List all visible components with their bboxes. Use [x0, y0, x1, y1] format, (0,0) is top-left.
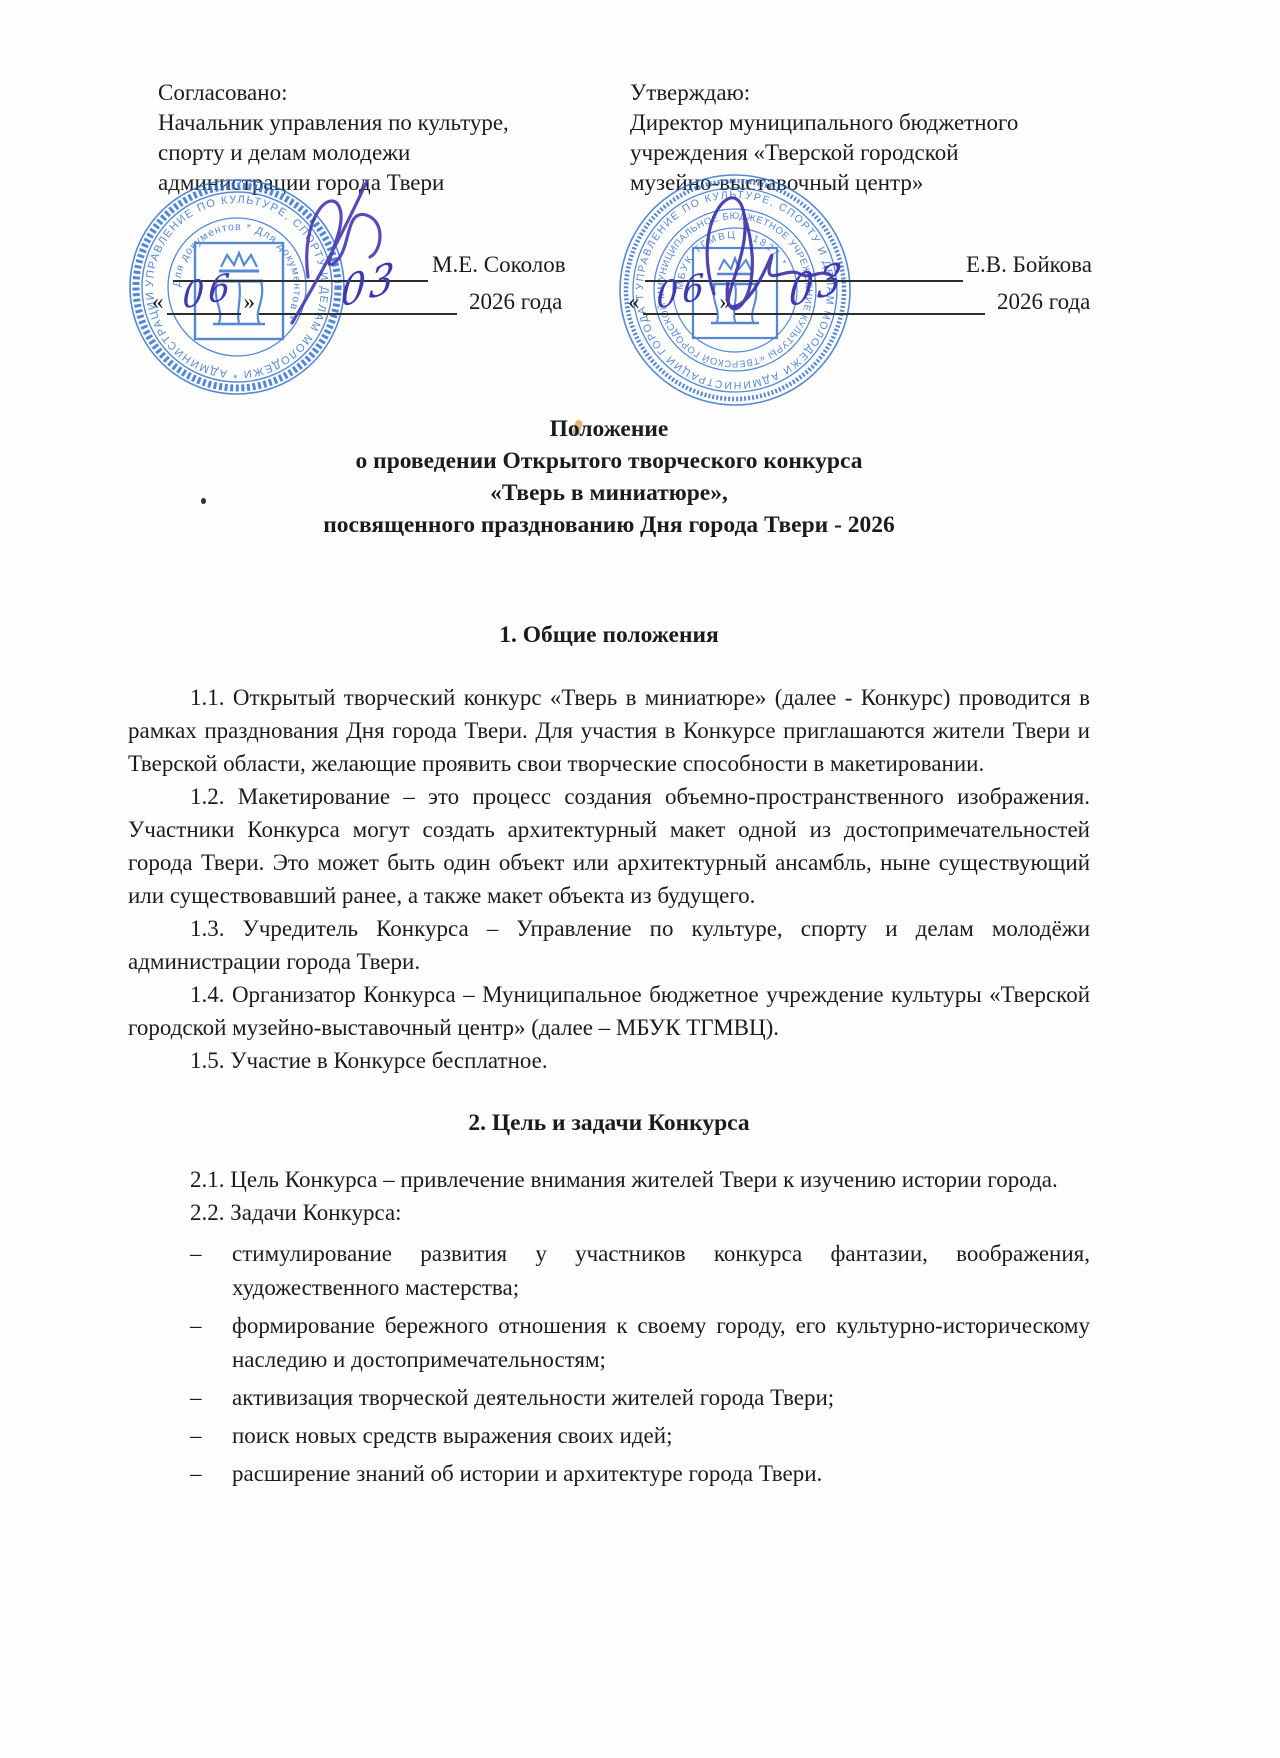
paragraph-2-1: 2.1. Цель Конкурса – привлечение внимани…	[128, 1163, 1090, 1196]
title-line-4: посвященного празднованию Дня города Тве…	[128, 509, 1090, 541]
task-item-text: расширение знаний об истории и архитекту…	[232, 1461, 822, 1486]
dash-marker: –	[190, 1381, 202, 1415]
section-2-heading: 2. Цель и задачи Конкурса	[128, 1107, 1090, 1139]
task-item-2: – формирование бережного отношения к сво…	[128, 1309, 1090, 1377]
task-item-1: – стимулирование развития у участников к…	[128, 1237, 1090, 1305]
paragraph-1-1: 1.1. Открытый творческий конкурс «Тверь …	[128, 681, 1090, 780]
paragraph-1-4: 1.4. Организатор Конкурса – Муниципально…	[128, 978, 1090, 1044]
dash-marker: –	[190, 1457, 202, 1491]
paragraph-1-3: 1.3. Учредитель Конкурса – Управление по…	[128, 912, 1090, 978]
document-body: Положение о проведении Открытого творчес…	[128, 0, 1090, 1495]
task-item-5: – расширение знаний об истории и архитек…	[128, 1457, 1090, 1491]
section-1-heading: 1. Общие положения	[128, 619, 1090, 651]
dash-marker: –	[190, 1237, 202, 1271]
task-item-text: формирование бережного отношения к своем…	[232, 1313, 1090, 1372]
document-title: Положение о проведении Открытого творчес…	[128, 413, 1090, 541]
task-item-3: – активизация творческой деятельности жи…	[128, 1381, 1090, 1415]
tasks-list: – стимулирование развития у участников к…	[128, 1237, 1090, 1491]
paragraph-1-5: 1.5. Участие в Конкурсе бесплатное.	[128, 1044, 1090, 1077]
scanned-document-page: Согласовано: Начальник управления по кул…	[0, 0, 1280, 1758]
title-line-3: «Тверь в миниатюре»,	[128, 477, 1090, 509]
task-item-text: поиск новых средств выражения своих идей…	[232, 1423, 672, 1448]
title-line-1: Положение	[128, 413, 1090, 445]
paragraph-2-2: 2.2. Задачи Конкурса:	[128, 1196, 1090, 1229]
task-item-text: стимулирование развития у участников кон…	[232, 1241, 1090, 1300]
dash-marker: –	[190, 1309, 202, 1343]
task-item-text: активизация творческой деятельности жите…	[232, 1385, 834, 1410]
title-line-2: о проведении Открытого творческого конку…	[128, 445, 1090, 477]
paragraph-1-2: 1.2. Макетирование – это процесс создани…	[128, 780, 1090, 912]
task-item-4: – поиск новых средств выражения своих ид…	[128, 1419, 1090, 1453]
dash-marker: –	[190, 1419, 202, 1453]
